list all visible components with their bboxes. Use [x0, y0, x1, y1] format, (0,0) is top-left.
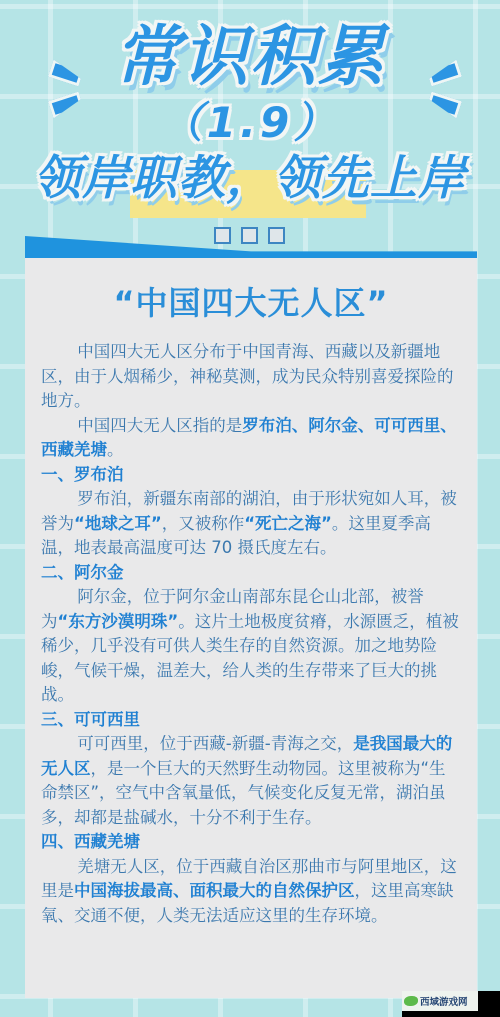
intro-text: 。 [107, 440, 124, 459]
poster-subtitle: 领岸职教，领先上岸 [0, 152, 500, 206]
card-title: “中国四大无人区” [25, 278, 477, 324]
watermark-text: 西域游戏网 [420, 994, 468, 1008]
card-content: 中国四大无人区分布于中国青海、西藏以及新疆地区，由于人烟稀少，神秘莫测，成为民众… [41, 340, 461, 928]
leaf-logo-icon [404, 996, 418, 1006]
intro-text: 中国四大无人区指的是 [77, 416, 242, 435]
square-icon [268, 227, 285, 244]
square-icon [214, 227, 231, 244]
poster-date: （1.9） [0, 100, 500, 146]
section-heading: 四、西藏羌塘 [41, 830, 461, 855]
content-card: “中国四大无人区” 中国四大无人区分布于中国青海、西藏以及新疆地区，由于人烟稀少… [25, 258, 477, 998]
section-paragraph: 可可西里，位于西藏-新疆-青海之交，是我国最大的无人区，是一个巨大的天然野生动物… [41, 732, 461, 830]
section-heading: 一、罗布泊 [41, 463, 461, 488]
intro-paragraph: 中国四大无人区分布于中国青海、西藏以及新疆地区，由于人烟稀少，神秘莫测，成为民众… [41, 340, 461, 414]
square-icon [241, 227, 258, 244]
section-paragraph: 阿尔金，位于阿尔金山南部东昆仑山北部，被誉为“东方沙漠明珠”。这片土地极度贫瘠，… [41, 585, 461, 708]
section-paragraph: 罗布泊，新疆东南部的湖泊，由于形状宛如人耳，被誉为“地球之耳”，又被称作“死亡之… [41, 487, 461, 561]
section-heading: 三、可可西里 [41, 708, 461, 733]
section-heading: 二、阿尔金 [41, 561, 461, 586]
intro-paragraph: 中国四大无人区指的是罗布泊、阿尔金、可可西里、西藏羌塘。 [41, 414, 461, 463]
watermark: 西域游戏网 [402, 991, 500, 1017]
section-paragraph: 羌塘无人区，位于西藏自治区那曲市与阿里地区，这里是中国海拔最高、面积最大的自然保… [41, 855, 461, 929]
poster-header: 常识积累 （1.9） 领岸职教，领先上岸 [0, 0, 500, 250]
decorative-boxes [214, 227, 285, 244]
poster-title: 常识积累 [0, 22, 500, 92]
watermark-badge: 西域游戏网 [402, 991, 478, 1011]
